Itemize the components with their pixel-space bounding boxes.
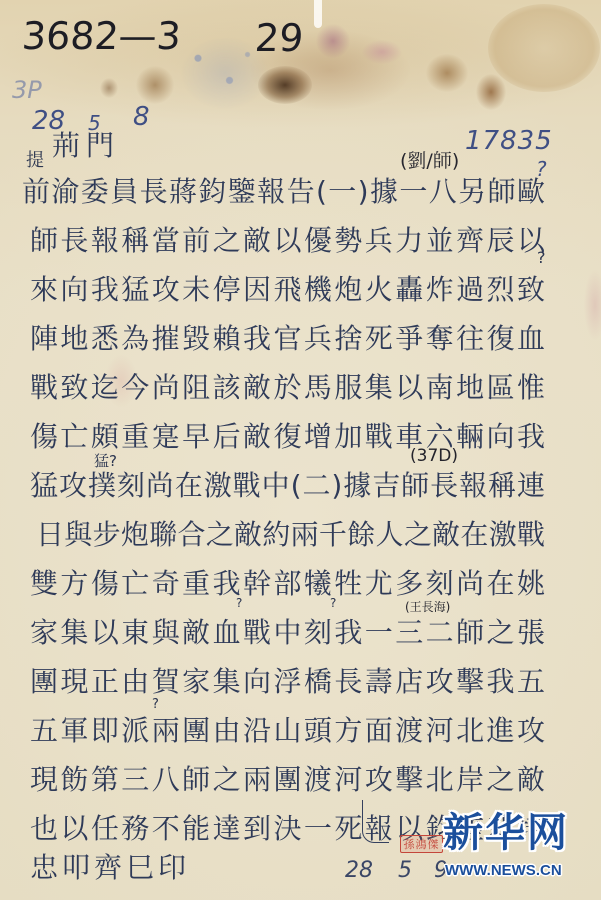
water-ring-stain <box>488 4 600 92</box>
telegram-line: 日與步炮聯合之敵約兩千餘人之敵在激戰 <box>36 518 545 552</box>
serial-number: 17835 <box>465 126 553 156</box>
signature-line: 忠叩齊巳印 <box>30 851 230 885</box>
telegram-line: 陣地悉為摧毀賴我官兵捨死爭奪往復血 <box>30 322 545 356</box>
brown-stain <box>136 66 174 104</box>
telegram-line: 雙方傷亡奇重我幹部犧牲尤多刻尚在姚 <box>30 567 545 601</box>
archive-number: 3682—3 <box>20 14 182 58</box>
origin-place: 荊門 <box>52 130 120 162</box>
telegram-line: 師長報稱當前之敵以優勢兵力並齊辰以 <box>30 224 545 258</box>
correction-note: 猛? <box>94 450 117 471</box>
telegram-line: 戰致迄今尚阻該敵於馬服集以南地區惟 <box>30 371 545 405</box>
received-date-month: 5 <box>398 856 412 886</box>
received-date-year: 28 <box>345 856 373 886</box>
pencil-note: 3P <box>12 76 42 104</box>
brown-stain <box>100 78 118 98</box>
margin-note-division: (劉/師) <box>400 150 459 172</box>
query-mark: ? <box>152 697 159 712</box>
purple-stain <box>316 24 350 58</box>
telegram-line: 傷亡頗重寔早后敵復增加戰車六輛向我 <box>30 420 545 454</box>
red-seal-stamp: 孫鴻傑 <box>400 835 443 853</box>
pink-stain <box>362 40 402 64</box>
pink-stain <box>584 270 601 340</box>
telegram-line: 前渝委員長蔣鈞鑒報告(一)據一八另師歐 <box>22 175 545 209</box>
dark-brown-stain <box>258 66 312 104</box>
watermark-logo: 新华网 <box>443 810 569 856</box>
telegram-line: 五軍即派兩團由沿山頭方面渡河北進攻 <box>30 714 545 748</box>
telegram-document-page: 3682—3 29 3P 28 5 8 荊門 (劉/師) 17835 ? 提 前… <box>0 0 601 900</box>
query-mark: ? <box>236 596 242 610</box>
telegram-line: 家集以東與敵血戰中刻我一三二師之張 <box>30 616 545 650</box>
brown-stain <box>426 54 468 92</box>
query-mark: ? <box>537 248 546 267</box>
priority-mark: 提 <box>26 150 44 172</box>
telegram-line: 現飭第三八師之兩團渡河攻擊北岸之敵 <box>30 763 545 797</box>
paper-tear-mark <box>314 0 322 28</box>
telegram-line: 猛攻撲刻尚在激戰中(二)據吉師長報稱連 <box>30 469 545 503</box>
bracket-mark <box>362 800 389 843</box>
page-number: 29 <box>253 16 304 60</box>
commander-note: (王長海) <box>405 598 450 615</box>
telegram-line: 團現正由賀家集向浮橋長壽店攻擊我五 <box>30 665 545 699</box>
watermark-url: WWW.NEWS.CN <box>445 862 562 880</box>
sent-date-day: 8 <box>133 102 150 132</box>
query-mark: ? <box>330 596 336 610</box>
division-code-note: (37D) <box>410 446 458 466</box>
telegram-line: 來向我猛攻未停因飛機炮火轟炸過烈致 <box>30 273 545 307</box>
brown-stain <box>476 74 506 110</box>
